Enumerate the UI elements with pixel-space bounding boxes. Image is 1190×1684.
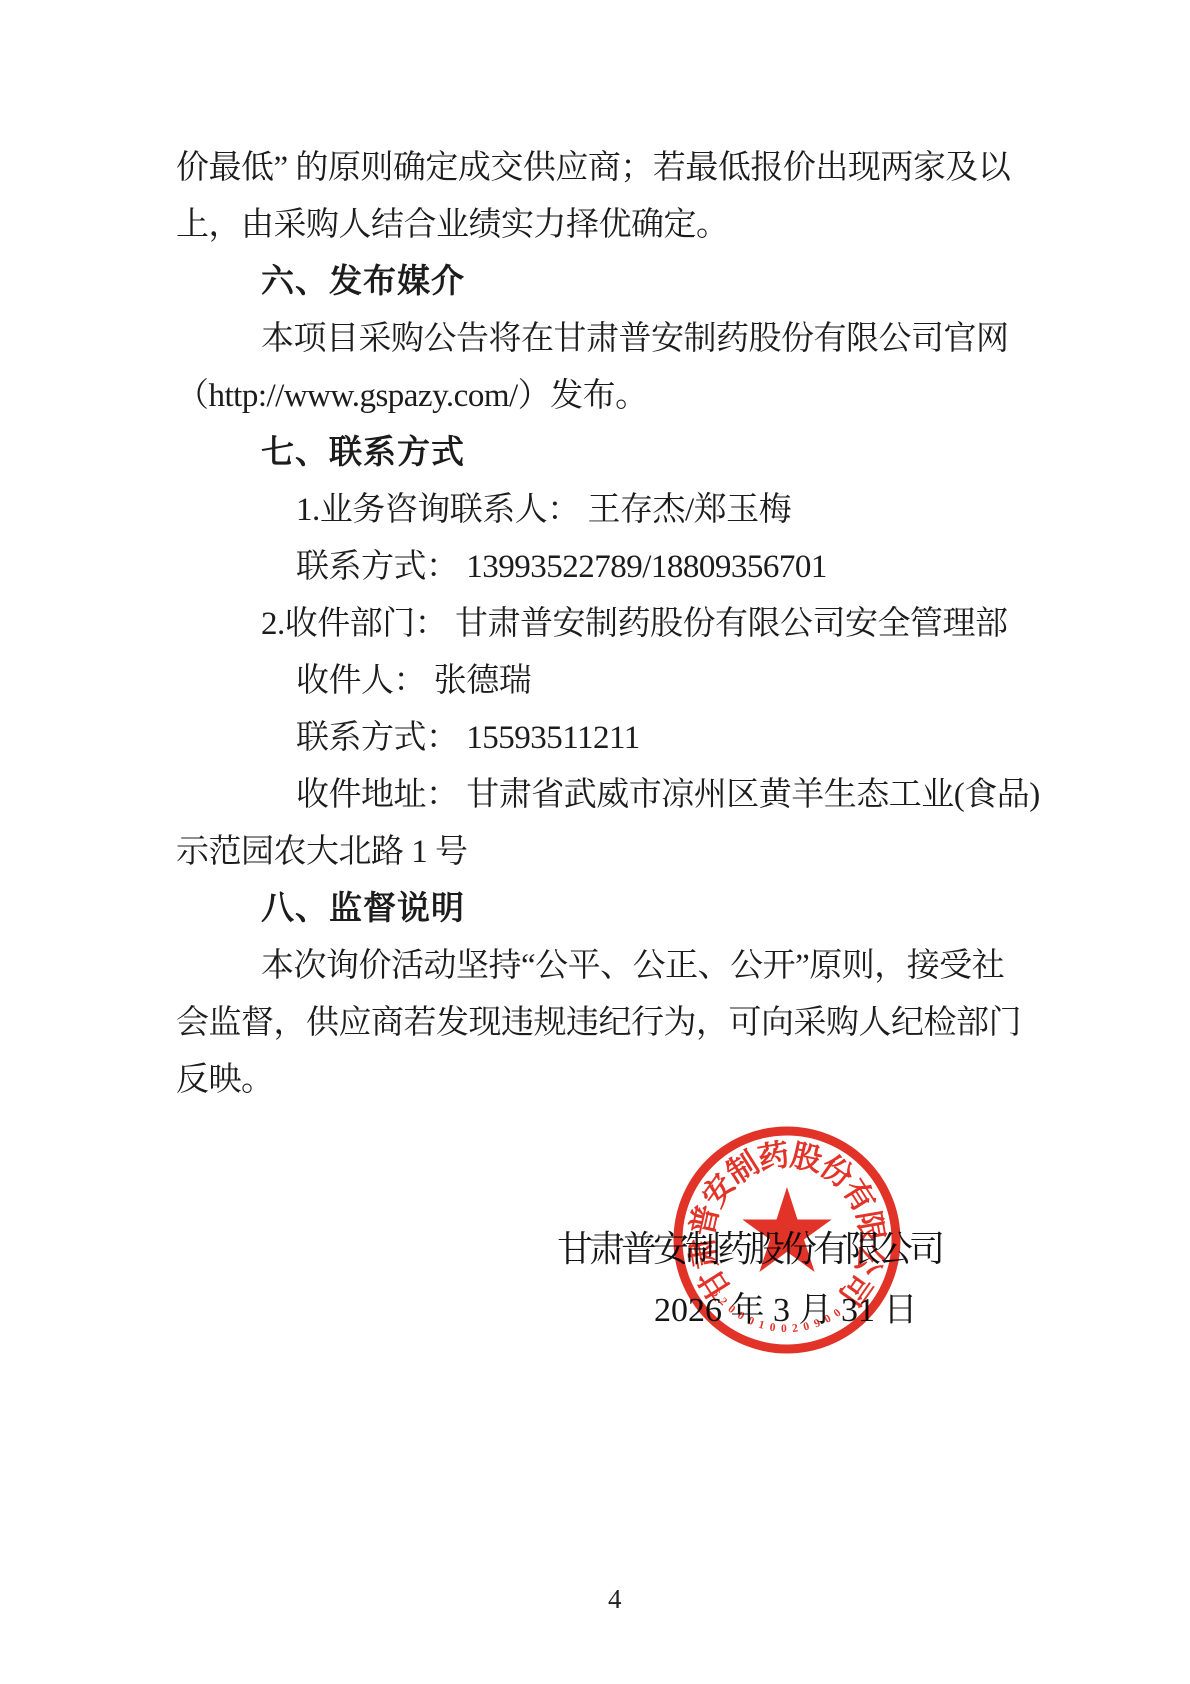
line-receiver-name: 收件人： 张德瑞 <box>176 653 1024 710</box>
line-supervision-end: 反映。 <box>176 1052 1024 1109</box>
line-website-url: （http://www.gspazy.com/）发布。 <box>176 368 1024 425</box>
document-page: 价最低” 的原则确定成交供应商；若最低报价出现两家及以 上，由采购人结合业绩实力… <box>0 0 1190 1684</box>
line-receiving-dept: 2.收件部门： 甘肃普安制药股份有限公司安全管理部 <box>176 596 1024 653</box>
line-address-cont: 示范园农大北路 1 号 <box>176 824 1024 881</box>
line-receiving-address: 收件地址： 甘肃省武威市凉州区黄羊生态工业(食品) <box>176 767 1024 824</box>
document-text-block: 价最低” 的原则确定成交供应商；若最低报价出现两家及以 上，由采购人结合业绩实力… <box>176 140 1024 1109</box>
heading-supervision: 八、监督说明 <box>176 881 1024 938</box>
star-icon <box>742 1187 831 1272</box>
line-supervision-2: 会监督，供应商若发现违规违纪行为，可向采购人纪检部门 <box>176 995 1024 1052</box>
line-receiver-phone: 联系方式： 15593511211 <box>176 710 1024 767</box>
line-lowest-price-end: 上，由采购人结合业绩实力择优确定。 <box>176 197 1024 254</box>
page-number: 4 <box>608 1586 622 1613</box>
heading-publish-media: 六、发布媒介 <box>176 254 1024 311</box>
line-business-contact: 1.业务咨询联系人： 王存杰/郑玉梅 <box>176 482 1024 539</box>
line-supervision-1: 本次询价活动坚持“公平、公正、公开”原则，接受社 <box>176 938 1024 995</box>
line-business-phone: 联系方式： 13993522789/18809356701 <box>176 539 1024 596</box>
heading-contact-info: 七、联系方式 <box>176 425 1024 482</box>
line-publish-website: 本项目采购公告将在甘肃普安制药股份有限公司官网 <box>176 311 1024 368</box>
company-seal: 甘肃普安制药股份有限公司 6200010020900 <box>664 1117 910 1363</box>
line-lowest-price-cont: 价最低” 的原则确定成交供应商；若最低报价出现两家及以 <box>176 140 1024 197</box>
